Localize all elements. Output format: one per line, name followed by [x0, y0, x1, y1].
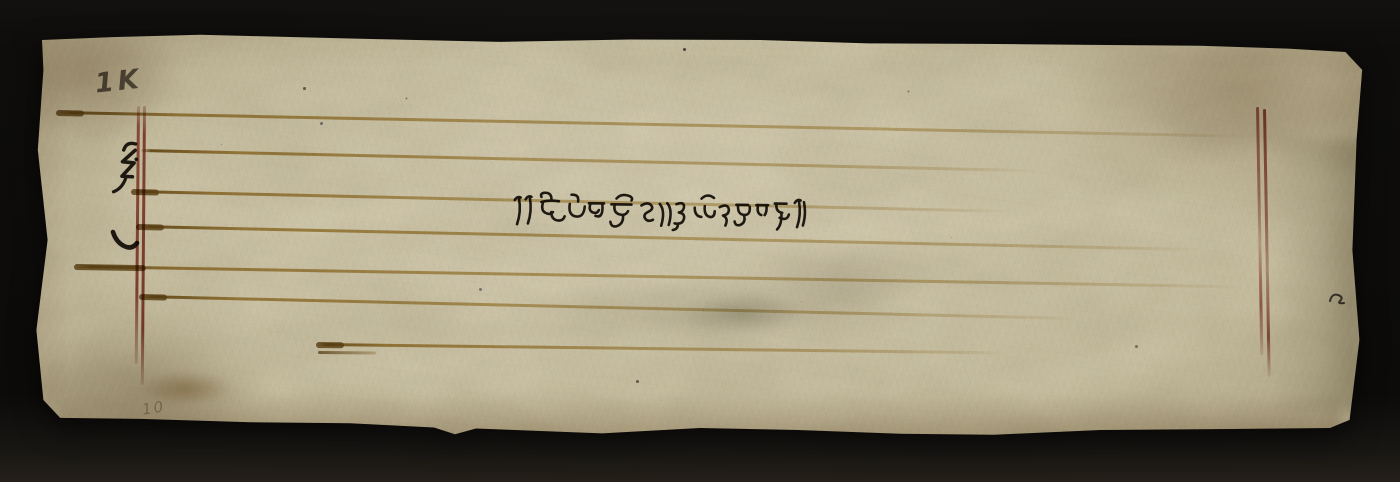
title-transliteration: spyi ti la tshon // zu yo la 'phug phya … [0, 0, 1, 1]
right-margin-red-line-b [1263, 109, 1270, 377]
stain-right-edge [1268, 140, 1363, 410]
tibetan-title-inscription: ༎ སྤྱི་ཏི་ལ་ཚོན།། ཟུ་ཡོ་ལ་འཕུག་ཕྱ༎ [508, 187, 809, 240]
smudge-mid-right [760, 238, 930, 308]
ruling-line-5 [76, 265, 1244, 288]
ruling-line-7-stub [318, 351, 376, 354]
ruling-line-2 [140, 149, 1036, 172]
ruling-line-1 [58, 111, 1254, 138]
right-margin-red-line-a [1256, 107, 1263, 355]
ruling-line-6 [141, 295, 1077, 320]
manuscript-leaf-wrapper: 1K 10 ༎ སྤྱི་ཏི་ལ་ཚོན།། ཟུ་ཡོ་ལ་འཕུག་ཕྱ༎ [0, 0, 1400, 482]
ruling-line-7 [318, 343, 1006, 354]
pencil-folio-mark: 1K [94, 64, 145, 100]
photograph-stage: 1K 10 ༎ སྤྱི་ཏི་ལ་ཚོན།། ཟུ་ཡོ་ལ་འཕུག་ཕྱ༎ [0, 0, 1400, 482]
manuscript-leaf: 1K 10 ༎ སྤྱི་ཏི་ལ་ཚོན།། ཟུ་ཡོ་ལ་འཕུག་ཕྱ༎ [0, 0, 1400, 482]
stain-bottom-rim [60, 392, 1340, 440]
right-edge-scribble-icon [1328, 291, 1346, 305]
margin-numeral-hook-icon [110, 227, 142, 255]
smudge-center-dark [678, 293, 803, 335]
paper-mottle-texture [0, 0, 1400, 482]
paper-grain-texture [0, 0, 1400, 482]
bottom-folio-mark: 10 [141, 397, 167, 418]
stain-top-right [1040, 42, 1370, 212]
ink-specks [0, 0, 3, 3]
